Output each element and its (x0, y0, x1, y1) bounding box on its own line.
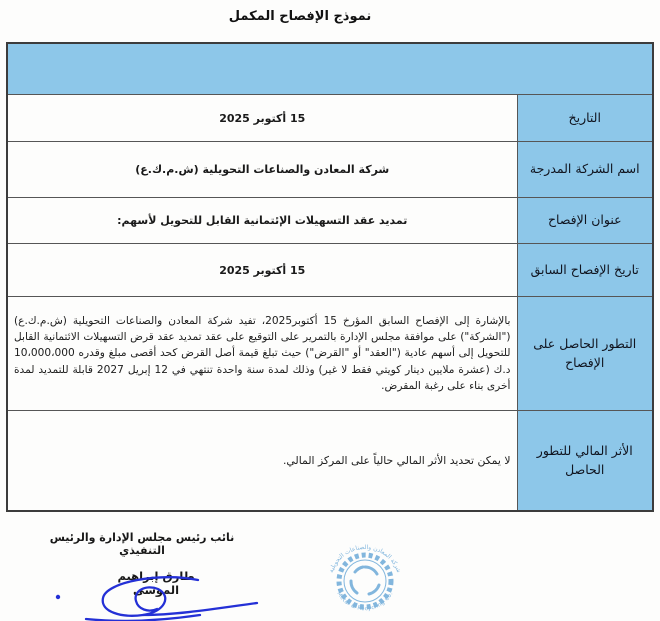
row-value-company: شركة المعادن والصناعات التحويلية (ش.م.ك.… (7, 142, 517, 198)
row-label-development: التطور الحاصل على الإفصاح (517, 297, 653, 411)
row-label-company: اسم الشركة المدرجة (517, 142, 653, 198)
company-stamp: شركة المعادن والصناعات التحويلية Metal &… (325, 541, 405, 621)
table-row-company: اسم الشركة المدرجة شركة المعادن والصناعا… (7, 142, 653, 198)
header-band-cell (7, 43, 653, 95)
disclosure-table: التاريخ 15 أكتوبر 2025 اسم الشركة المدرج… (6, 42, 654, 512)
row-value-subject: تمديد عقد التسهيلات الإئتمانية القابل لل… (7, 198, 517, 244)
stamp-arabic-text: شركة المعادن والصناعات التحويلية (328, 544, 402, 574)
table-row-subject: عنوان الإفصاح تمديد عقد التسهيلات الإئتم… (7, 198, 653, 244)
row-value-previous-date: 15 أكتوبر 2025 (7, 244, 517, 297)
row-value-financial-impact: لا يمكن تحديد الأثر المالي حالياً على ال… (7, 411, 517, 512)
row-label-subject: عنوان الإفصاح (517, 198, 653, 244)
table-row-previous-date: تاريخ الإفصاح السابق 15 أكتوبر 2025 (7, 244, 653, 297)
table-row-date: التاريخ 15 أكتوبر 2025 (7, 95, 653, 142)
row-label-previous-date: تاريخ الإفصاح السابق (517, 244, 653, 297)
table-header-band (7, 43, 653, 95)
row-label-financial-impact: الأثر المالي للتطور الحاصل (517, 411, 653, 512)
page-title: نموذج الإفصاح المكمل (0, 9, 600, 24)
row-value-date: 15 أكتوبر 2025 (7, 95, 517, 142)
table-row-development: التطور الحاصل على الإفصاح بالإشارة إلى ا… (7, 297, 653, 411)
handwritten-signature (48, 576, 263, 621)
signatory-title: نائب رئيس مجلس الإدارة والرئيس التنفيذي (36, 531, 248, 557)
recycle-gear-icon (351, 567, 379, 594)
disclosure-document: نموذج الإفصاح المكمل التاريخ 15 أكتوبر 2… (0, 0, 660, 621)
row-label-date: التاريخ (517, 95, 653, 142)
row-value-development: بالإشارة إلى الإفصاح السابق المؤرخ 15 أك… (7, 297, 517, 411)
table-row-financial-impact: الأثر المالي للتطور الحاصل لا يمكن تحديد… (7, 411, 653, 512)
